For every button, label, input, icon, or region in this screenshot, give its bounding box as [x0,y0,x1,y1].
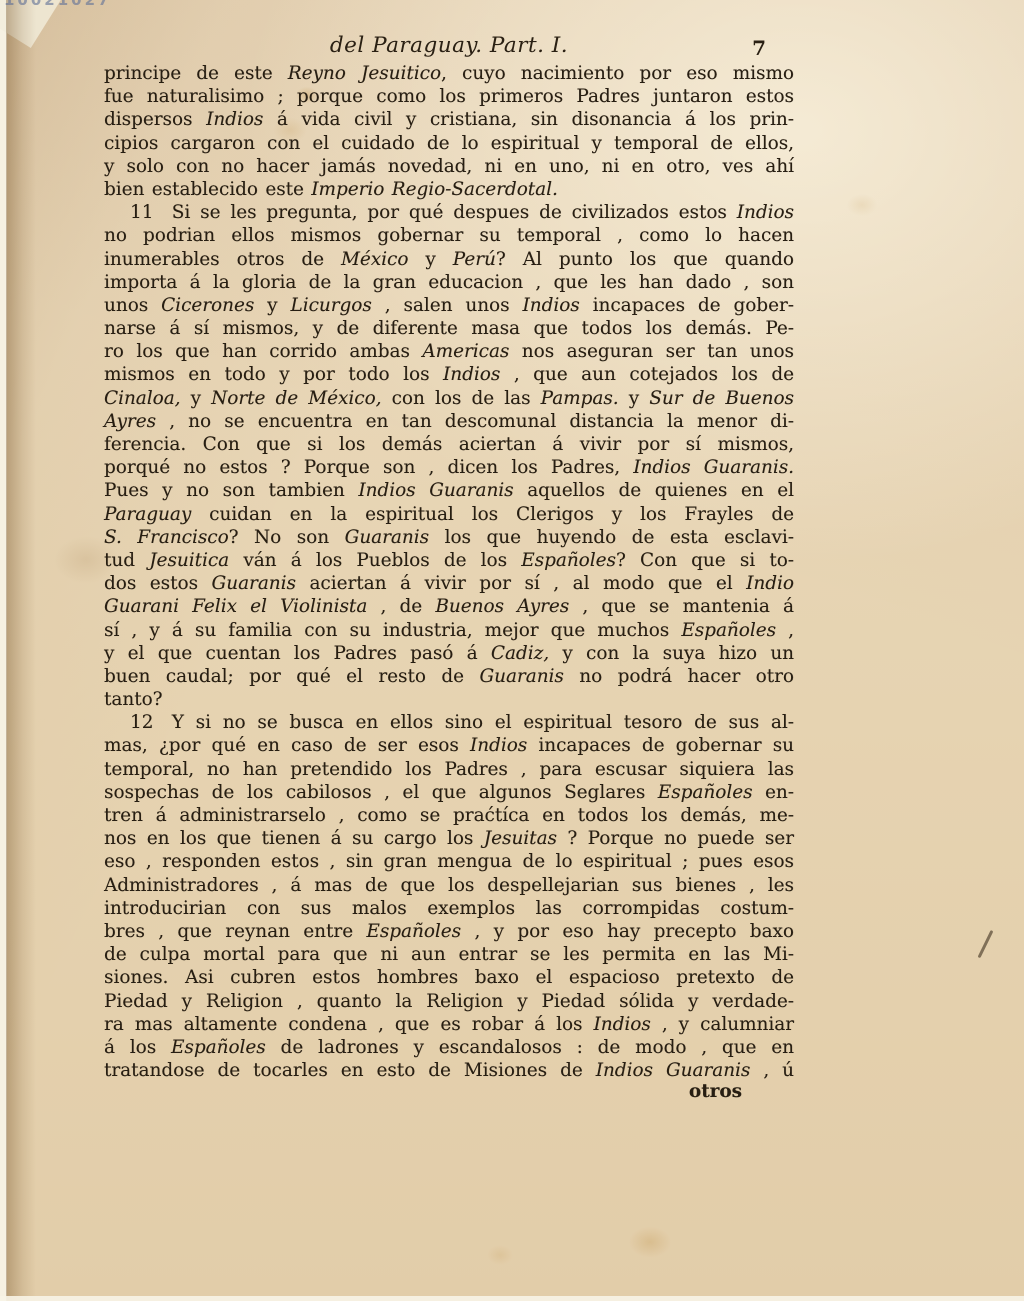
italic-text-segment: Guarani Felix el Violinista [104,596,367,617]
text-line: ferencia. Con que si los demás aciertan … [104,433,794,456]
text-segment: siones. Asi cubren estos hombres baxo el… [104,967,794,988]
text-line: S. Francisco? No son Guaranis los que hu… [104,526,794,549]
text-line: porqué no estos ? Porque son , dicen los… [104,456,794,479]
text-segment: incapaces de gober- [580,295,794,316]
text-line: tren á administrarselo , como se praćtíc… [104,804,794,827]
text-line: tratandose de tocarles en esto de Mision… [104,1059,794,1082]
text-segment: temporal, no han pretendido los Padres ,… [104,759,794,780]
text-segment: Piedad y Religion , quanto la Religion y… [104,991,794,1012]
text-segment: mas, ¿por qué en caso de ser esos [104,735,470,756]
text-segment: ván á los Pueblos de los [229,550,521,571]
text-segment: y [408,249,452,270]
italic-text-segment: Indios Guaranis. [633,457,794,478]
text-segment: introducirian con sus malos exemplos las… [104,898,794,919]
text-segment: cipios cargaron con el cuidado de lo esp… [104,133,794,154]
text-segment: sí , y á su familia con su industria, me… [104,620,681,641]
italic-text-segment: Cinaloa, [104,388,181,409]
text-line: narse á sí mismos, y de diferente masa q… [104,317,794,340]
catchword: otros [104,1081,794,1102]
italic-text-segment: Sur de Buenos [649,388,794,409]
text-line: Pues y no son tambien Indios Guaranis aq… [104,479,794,502]
italic-text-segment: Ayres [104,411,156,432]
text-segment: fue naturalisimo ; porque como los prime… [104,86,794,107]
text-line: Cinaloa, y Norte de México, con los de l… [104,387,794,410]
italic-text-segment: Indios Guaranis [596,1060,751,1081]
text-segment: dispersos [104,109,206,130]
text-line: y el que cuentan los Padres pasó á Cadiz… [104,642,794,665]
text-segment: nos aseguran ser tan unos [509,341,794,362]
stamp-watermark: 10021027 [4,0,112,9]
text-segment: bres , que reynan entre [104,921,366,942]
text-segment: aciertan á vivir por sí , al modo que el [296,573,746,594]
italic-text-segment: Guaranis [345,527,429,548]
text-line: Guarani Felix el Violinista , de Buenos … [104,595,794,618]
text-segment: , de [367,596,435,617]
text-segment: bien establecido este [104,179,311,200]
italic-text-segment: Indios [443,364,500,385]
italic-text-segment: Americas [422,341,509,362]
running-header: del Paraguay. Part. I. 7 [104,33,794,58]
text-line: importa á la gloria de la gran educacion… [104,271,794,294]
text-line: unos Cicerones y Licurgos , salen unos I… [104,294,794,317]
text-line: Paraguay cuidan en la espiritual los Cle… [104,503,794,526]
text-segment: y el que cuentan los Padres pasó á [104,643,491,664]
text-segment: , ú [750,1060,794,1081]
text-block: principe de este Reyno Jesuitico, cuyo n… [104,62,794,1082]
text-line: tud Jesuitica ván á los Pueblos de los E… [104,549,794,572]
text-line: inumerables otros de México y Perú? Al p… [104,248,794,271]
text-segment: , que se mantenia á [569,596,794,617]
text-segment: y con la suya hizo un [549,643,794,664]
text-segment: , y calumniar [651,1014,794,1035]
text-segment: los que huyendo de esta esclavi- [429,527,794,548]
text-segment: de culpa mortal para que ni aun entrar s… [104,944,794,965]
text-segment: mismos en todo y por todo los [104,364,443,385]
text-line: nos en los que tienen á su cargo los Jes… [104,827,794,850]
italic-text-segment: Indios [206,109,263,130]
text-line: bres , que reynan entre Españoles , y po… [104,920,794,943]
italic-text-segment: S. Francisco [104,527,229,548]
italic-text-segment: Españoles [171,1037,266,1058]
text-line: ra mas altamente condena , que es robar … [104,1013,794,1036]
page-number: 7 [752,36,766,60]
text-segment: Administradores , á mas de que los despe… [104,875,794,896]
text-segment: no podrian ellos mismos gobernar su temp… [104,225,794,246]
italic-text-segment: Indio [746,573,794,594]
text-line: 11 Si se les pregunta, por qué despues d… [104,201,794,224]
text-line: dos estos Guaranis aciertan á vivir por … [104,572,794,595]
italic-text-segment: Indios [470,735,527,756]
italic-text-segment: Indios [737,202,794,223]
text-segment: tratandose de tocarles en esto de Mision… [104,1060,596,1081]
text-segment: narse á sí mismos, y de diferente masa q… [104,318,794,339]
italic-text-segment: Españoles [681,620,776,641]
text-segment: importa á la gloria de la gran educacion… [104,272,794,293]
text-line: siones. Asi cubren estos hombres baxo el… [104,966,794,989]
text-segment: ra mas altamente condena , que es robar … [104,1014,594,1035]
italic-text-segment: Buenos Ayres [435,596,569,617]
text-line: bien establecido este Imperio Regio-Sace… [104,178,794,201]
text-segment: tanto? [104,689,163,710]
text-line: sí , y á su familia con su industria, me… [104,619,794,642]
text-line: mismos en todo y por todo los Indios , q… [104,363,794,386]
text-segment: á los [104,1037,171,1058]
text-segment: , no se encuentra en tan descomunal dist… [156,411,794,432]
text-line: Administradores , á mas de que los despe… [104,874,794,897]
italic-text-segment: Imperio Regio-Sacerdotal. [311,179,558,200]
text-segment: ferencia. Con que si los demás aciertan … [104,434,794,455]
text-segment: de ladrones y escandalosos : de modo , q… [266,1037,794,1058]
text-line: no podrian ellos mismos gobernar su temp… [104,224,794,247]
text-line: temporal, no han pretendido los Padres ,… [104,758,794,781]
text-segment: , salen unos [372,295,523,316]
text-line: 12 Y si no se busca en ellos sino el esp… [104,711,794,734]
italic-text-segment: Pampas. [541,388,619,409]
italic-text-segment: México [341,249,408,270]
text-line: Ayres , no se encuentra en tan descomuna… [104,410,794,433]
text-line: buen caudal; por qué el resto de Guarani… [104,665,794,688]
italic-text-segment: Paraguay [104,504,191,525]
text-line: ro los que han corrido ambas Americas no… [104,340,794,363]
italic-text-segment: Españoles [521,550,616,571]
italic-text-segment: Indios [594,1014,651,1035]
text-segment: porqué no estos ? Porque son , dicen los… [104,457,633,478]
italic-text-segment: Licurgos [290,295,371,316]
text-segment: cuidan en la espiritual los Clerigos y l… [191,504,794,525]
text-segment: sospechas de los cabilosos , el que algu… [104,782,658,803]
italic-text-segment: Indios Guaranis [358,480,513,501]
italic-text-segment: Españoles [366,921,461,942]
text-segment: ? Porque no puede ser [557,828,794,849]
text-line: de culpa mortal para que ni aun entrar s… [104,943,794,966]
text-line: dispersos Indios á vida civil y cristian… [104,108,794,131]
text-segment: no podrá hacer otro [564,666,794,687]
text-line: principe de este Reyno Jesuitico, cuyo n… [104,62,794,85]
gutter-shadow [6,0,36,1301]
text-segment: nos en los que tienen á su cargo los [104,828,484,849]
pen-mark [978,930,993,958]
text-line: y solo con no hacer jamás novedad, ni en… [104,155,794,178]
text-segment: tren á administrarselo , como se praćtíc… [104,805,794,826]
text-segment: y [254,295,290,316]
italic-text-segment: Jesuitas [484,828,557,849]
text-segment: , cuyo nacimiento por eso mismo [441,63,794,84]
text-line: introducirian con sus malos exemplos las… [104,897,794,920]
text-segment: ? No son [229,527,345,548]
italic-text-segment: Perú [453,249,496,270]
text-segment: aquellos de quienes en el [514,480,794,501]
text-segment: á vida civil y cristiana, sin disonancia… [263,109,794,130]
text-segment: ? Al punto los que quando [496,249,794,270]
text-segment: y [619,388,650,409]
scan-edge-bottom [0,1296,1024,1301]
text-segment: , [776,620,794,641]
text-line: sospechas de los cabilosos , el que algu… [104,781,794,804]
text-segment: principe de este [104,63,288,84]
italic-text-segment: Guaranis [212,573,296,594]
italic-text-segment: Españoles [658,782,753,803]
text-segment: ro los que han corrido ambas [104,341,422,362]
text-segment: incapaces de gobernar su [527,735,794,756]
text-segment: , que aun cotejados los de [500,364,794,385]
text-line: fue naturalisimo ; porque como los prime… [104,85,794,108]
text-segment: dos estos [104,573,212,594]
text-segment: y solo con no hacer jamás novedad, ni en… [104,156,794,177]
text-segment: 12 Y si no se busca en ellos sino el esp… [130,712,794,733]
text-line: eso , responden estos , sin gran mengua … [104,850,794,873]
text-segment: en- [753,782,794,803]
text-segment: y [181,388,212,409]
text-line: cipios cargaron con el cuidado de lo esp… [104,132,794,155]
italic-text-segment: Cadiz, [491,643,549,664]
header-title: del Paraguay. Part. I. [104,33,794,58]
text-segment: tud [104,550,149,571]
text-line: mas, ¿por qué en caso de ser esos Indios… [104,734,794,757]
italic-text-segment: Cicerones [161,295,254,316]
italic-text-segment: Guaranis [479,666,563,687]
text-segment: inumerables otros de [104,249,341,270]
text-segment: unos [104,295,161,316]
italic-text-segment: Reyno Jesuitico [288,63,441,84]
text-segment: con los de las [381,388,540,409]
italic-text-segment: Indios [522,295,579,316]
text-segment: Pues y no son tambien [104,480,358,501]
text-segment: ? Con que si to- [616,550,794,571]
text-line: tanto? [104,688,794,711]
italic-text-segment: Jesuitica [149,550,229,571]
text-segment: eso , responden estos , sin gran mengua … [104,851,794,872]
book-page-scan: 10021027 del Paraguay. Part. I. 7 princi… [0,0,1024,1301]
text-segment: , y por eso hay precepto baxo [461,921,794,942]
text-line: Piedad y Religion , quanto la Religion y… [104,990,794,1013]
italic-text-segment: Norte de México, [211,388,381,409]
text-segment: buen caudal; por qué el resto de [104,666,479,687]
text-line: á los Españoles de ladrones y escandalos… [104,1036,794,1059]
text-segment: 11 Si se les pregunta, por qué despues d… [130,202,737,223]
